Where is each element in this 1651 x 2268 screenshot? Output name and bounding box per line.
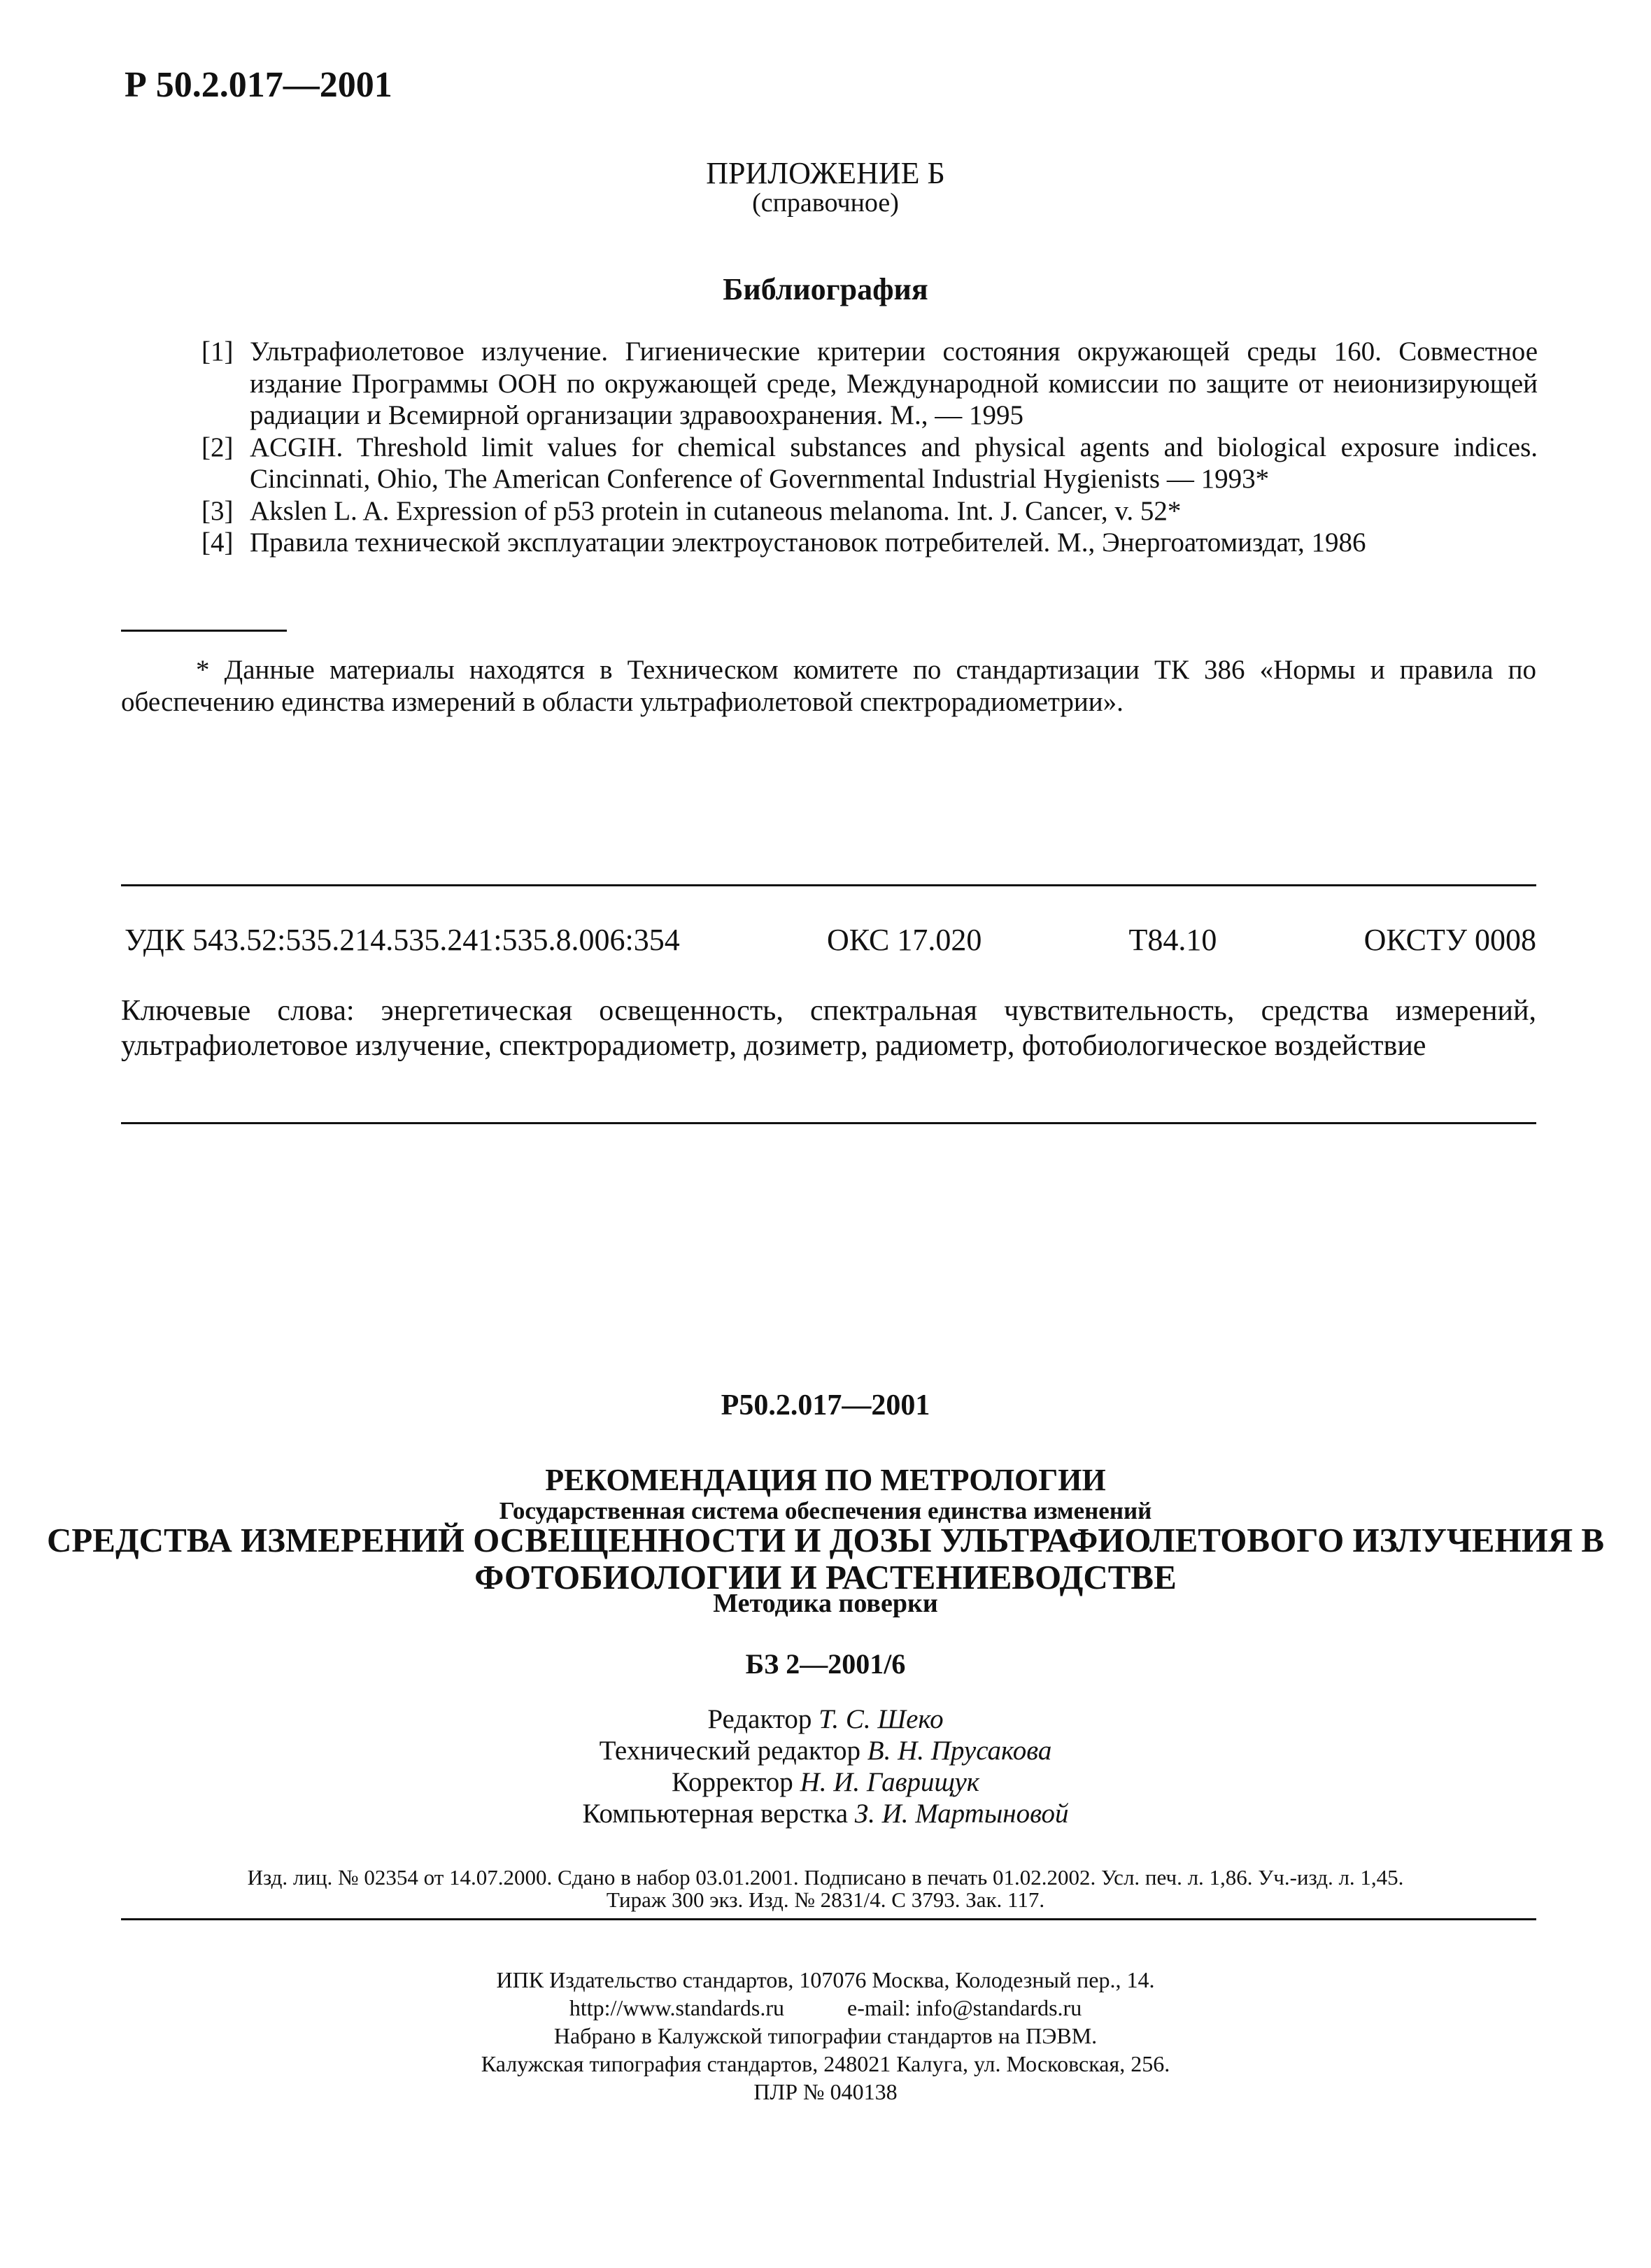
okstu-code: ОКСТУ 0008	[1364, 922, 1536, 958]
editors-block: Редактор Т. С. Шеко Технический редактор…	[0, 1703, 1651, 1829]
publisher-address: ИПК Издательство стандартов, 107076 Моск…	[0, 1966, 1651, 1994]
appendix-subtitle: (справочное)	[0, 187, 1651, 218]
editor-role: Редактор	[707, 1704, 812, 1734]
bibliography-item: [1] Ультрафиолетовое излучение. Гигиенич…	[201, 336, 1538, 432]
colophon-document-code: Р50.2.017—2001	[0, 1389, 1651, 1422]
editor-line: Редактор Т. С. Шеко	[0, 1703, 1651, 1735]
imprint-line: Тираж 300 экз. Изд. № 2831/4. С 3793. За…	[0, 1889, 1651, 1911]
classification-row: УДК 543.52:535.214.535.241:535.8.006:354…	[125, 922, 1536, 958]
bibliography-number: [2]	[201, 432, 250, 495]
footnote-separator	[121, 630, 287, 632]
printer-address: Калужская типография стандартов, 248021 …	[0, 2050, 1651, 2078]
imprint-block: Изд. лиц. № 02354 от 14.07.2000. Сдано в…	[0, 1866, 1651, 1911]
bz-number: БЗ 2—2001/6	[0, 1647, 1651, 1680]
bibliography-heading: Библиография	[0, 271, 1651, 307]
editor-line: Технический редактор В. Н. Прусакова	[0, 1735, 1651, 1766]
email-link[interactable]: e-mail: info@standards.ru	[847, 1995, 1082, 2020]
document-code: Р 50.2.017—2001	[125, 64, 392, 106]
bibliography-item: [4] Правила технической эксплуатации эле…	[201, 527, 1538, 559]
bibliography-item: [2] ACGIH. Threshold limit values for ch…	[201, 432, 1538, 495]
bibliography-number: [4]	[201, 527, 250, 559]
udk-code: УДК 543.52:535.214.535.241:535.8.006:354	[125, 922, 680, 958]
bibliography-item: [3] Akslen L. A. Expression of p53 prote…	[201, 495, 1538, 527]
plr-number: ПЛР № 040138	[0, 2078, 1651, 2106]
editor-name: Т. С. Шеко	[819, 1704, 944, 1734]
oks-code: ОКС 17.020	[827, 922, 982, 958]
editor-role: Технический редактор	[600, 1736, 860, 1766]
bibliography-text: Ультрафиолетовое излучение. Гигиенически…	[250, 336, 1538, 432]
website-link[interactable]: http://www.standards.ru	[569, 1995, 784, 2020]
bibliography-number: [3]	[201, 495, 250, 527]
editor-line: Корректор Н. И. Гаврищук	[0, 1766, 1651, 1798]
editor-role: Компьютерная верстка	[582, 1799, 848, 1829]
divider-top	[121, 884, 1536, 886]
editor-name: З. И. Мартыновой	[855, 1799, 1069, 1829]
footnote: * Данные материалы находятся в Техническ…	[121, 654, 1536, 718]
bibliography-text: Akslen L. A. Expression of p53 protein i…	[250, 495, 1538, 527]
divider-bottom	[121, 1122, 1536, 1124]
keywords: Ключевые слова: энергетическая освещенно…	[121, 993, 1536, 1063]
method-subtitle: Методика поверки	[0, 1588, 1651, 1619]
divider-imprint	[121, 1918, 1536, 1920]
publisher-contacts: http://www.standards.rue-mail: info@stan…	[0, 1994, 1651, 2022]
imprint-line: Изд. лиц. № 02354 от 14.07.2000. Сдано в…	[0, 1866, 1651, 1889]
editor-name: В. Н. Прусакова	[867, 1736, 1052, 1766]
editor-line: Компьютерная верстка З. И. Мартыновой	[0, 1798, 1651, 1829]
appendix-title: ПРИЛОЖЕНИЕ Б	[0, 155, 1651, 191]
bibliography-number: [1]	[201, 336, 250, 432]
t-code: Т84.10	[1129, 922, 1217, 958]
recommendation-title: РЕКОМЕНДАЦИЯ ПО МЕТРОЛОГИИ	[0, 1462, 1651, 1498]
editor-role: Корректор	[672, 1767, 793, 1797]
bibliography-list: [1] Ультрафиолетовое излучение. Гигиенич…	[201, 336, 1538, 559]
bibliography-text: Правила технической эксплуатации электро…	[250, 527, 1538, 559]
main-title: СРЕДСТВА ИЗМЕРЕНИЙ ОСВЕЩЕННОСТИ И ДОЗЫ У…	[0, 1513, 1651, 1596]
publisher-typeset: Набрано в Калужской типографии стандарто…	[0, 2022, 1651, 2050]
publisher-block: ИПК Издательство стандартов, 107076 Моск…	[0, 1966, 1651, 2106]
main-title-line: СРЕДСТВА ИЗМЕРЕНИЙ ОСВЕЩЕННОСТИ И ДОЗЫ У…	[0, 1522, 1651, 1559]
bibliography-text: ACGIH. Threshold limit values for chemic…	[250, 432, 1538, 495]
editor-name: Н. И. Гаврищук	[800, 1767, 979, 1797]
